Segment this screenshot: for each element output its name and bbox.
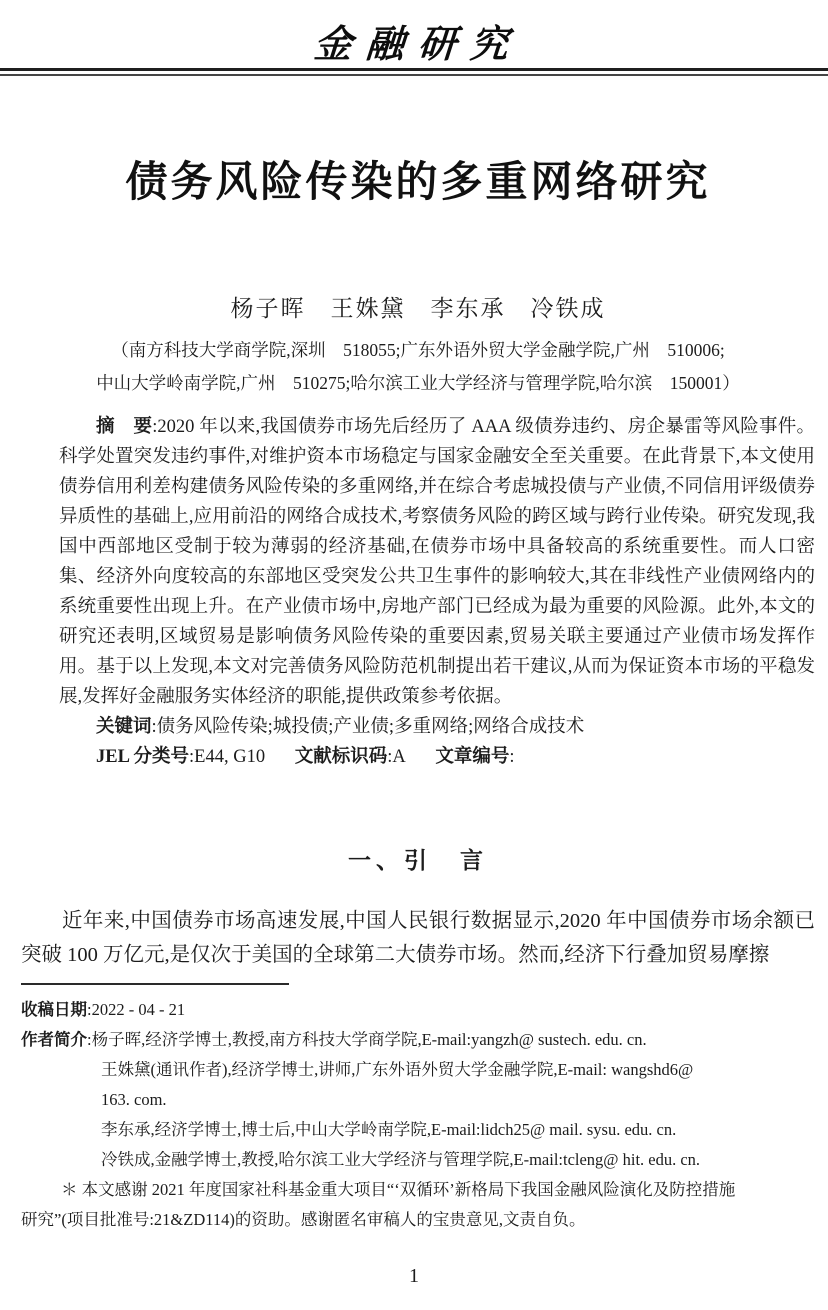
author-names: 杨子晖 王姝黛 李东承 冷铁成 xyxy=(21,294,815,324)
acknowledgement-line: 研究”(项目批准号:21&ZD114)的资助。感谢匿名审稿人的宝贵意见,文责自负… xyxy=(21,1205,815,1235)
article-id-value: : xyxy=(509,747,514,767)
article-id-label: 文章编号 xyxy=(435,747,509,767)
author-bio-text: :杨子晖,经济学博士,教授,南方科技大学商学院,E-mail:yangzh@ s… xyxy=(87,1030,647,1049)
affiliation-line: （南方科技大学商学院,深圳 518055;广东外语外贸大学金融学院,广州 510… xyxy=(21,334,815,367)
author-bio-label: 作者简介 xyxy=(21,1030,87,1049)
footnote-rule xyxy=(21,983,289,985)
jel-label: JEL 分类号 xyxy=(96,747,189,767)
abstract-text: :2020 年以来,我国债券市场先后经历了 AAA 级债券违约、房企暴雷等风险事… xyxy=(59,417,815,707)
received-date-value: :2022 - 04 - 21 xyxy=(87,1000,185,1019)
page-number: 1 xyxy=(0,1265,828,1288)
abstract-label: 摘 要 xyxy=(96,417,152,437)
received-date-line: 收稿日期:2022 - 04 - 21 xyxy=(21,995,815,1025)
article-title: 债务风险传染的多重网络研究 xyxy=(21,158,815,208)
footnote-block: 收稿日期:2022 - 04 - 21 作者简介:杨子晖,经济学博士,教授,南方… xyxy=(21,983,815,1235)
keywords-line: 关键词:债务风险传染;城投债;产业债;多重网络;网络合成技术 xyxy=(59,712,815,742)
affiliation-line: 中山大学岭南学院,广州 510275;哈尔滨工业大学经济与管理学院,哈尔滨 15… xyxy=(21,367,815,400)
section-heading-introduction: 一、引 言 xyxy=(21,844,815,878)
jel-line: JEL 分类号:E44, G10文献标识码:A文章编号: xyxy=(59,742,815,772)
keywords-text: :债务风险传染;城投债;产业债;多重网络;网络合成技术 xyxy=(152,717,585,737)
author-bio-line: 王姝黛(通讯作者),经济学博士,讲师,广东外语外贸大学金融学院,E-mail: … xyxy=(21,1055,815,1085)
abstract-paragraph: 摘 要:2020 年以来,我国债券市场先后经历了 AAA 级债券违约、房企暴雷等… xyxy=(59,412,815,712)
jel-value: :E44, G10 xyxy=(189,747,265,767)
masthead-rule xyxy=(0,68,828,76)
journal-masthead: 金融研究 xyxy=(19,22,816,68)
author-bio-line: 冷铁成,金融学博士,教授,哈尔滨工业大学经济与管理学院,E-mail:tclen… xyxy=(21,1145,815,1175)
keywords-label: 关键词 xyxy=(96,717,152,737)
abstract-block: 摘 要:2020 年以来,我国债券市场先后经历了 AAA 级债券违约、房企暴雷等… xyxy=(59,412,815,772)
author-bio-line: 作者简介:杨子晖,经济学博士,教授,南方科技大学商学院,E-mail:yangz… xyxy=(21,1025,815,1055)
author-bio-line: 李东承,经济学博士,博士后,中山大学岭南学院,E-mail:lidch25@ m… xyxy=(21,1115,815,1145)
journal-page: 金融研究 债务风险传染的多重网络研究 杨子晖 王姝黛 李东承 冷铁成 （南方科技… xyxy=(0,0,828,1310)
author-bio-line: 163. com. xyxy=(21,1085,815,1115)
doc-code-value: :A xyxy=(387,747,406,767)
intro-paragraph: 近年来,中国债券市场高速发展,中国人民银行数据显示,2020 年中国债券市场余额… xyxy=(21,904,815,972)
affiliations: （南方科技大学商学院,深圳 518055;广东外语外贸大学金融学院,广州 510… xyxy=(21,334,815,400)
acknowledgement-line: ＊ 本文感谢 2021 年度国家社科基金重大项目“‘双循环’新格局下我国金融风险… xyxy=(21,1175,815,1205)
received-date-label: 收稿日期 xyxy=(21,1000,87,1019)
doc-code-label: 文献标识码 xyxy=(295,747,388,767)
